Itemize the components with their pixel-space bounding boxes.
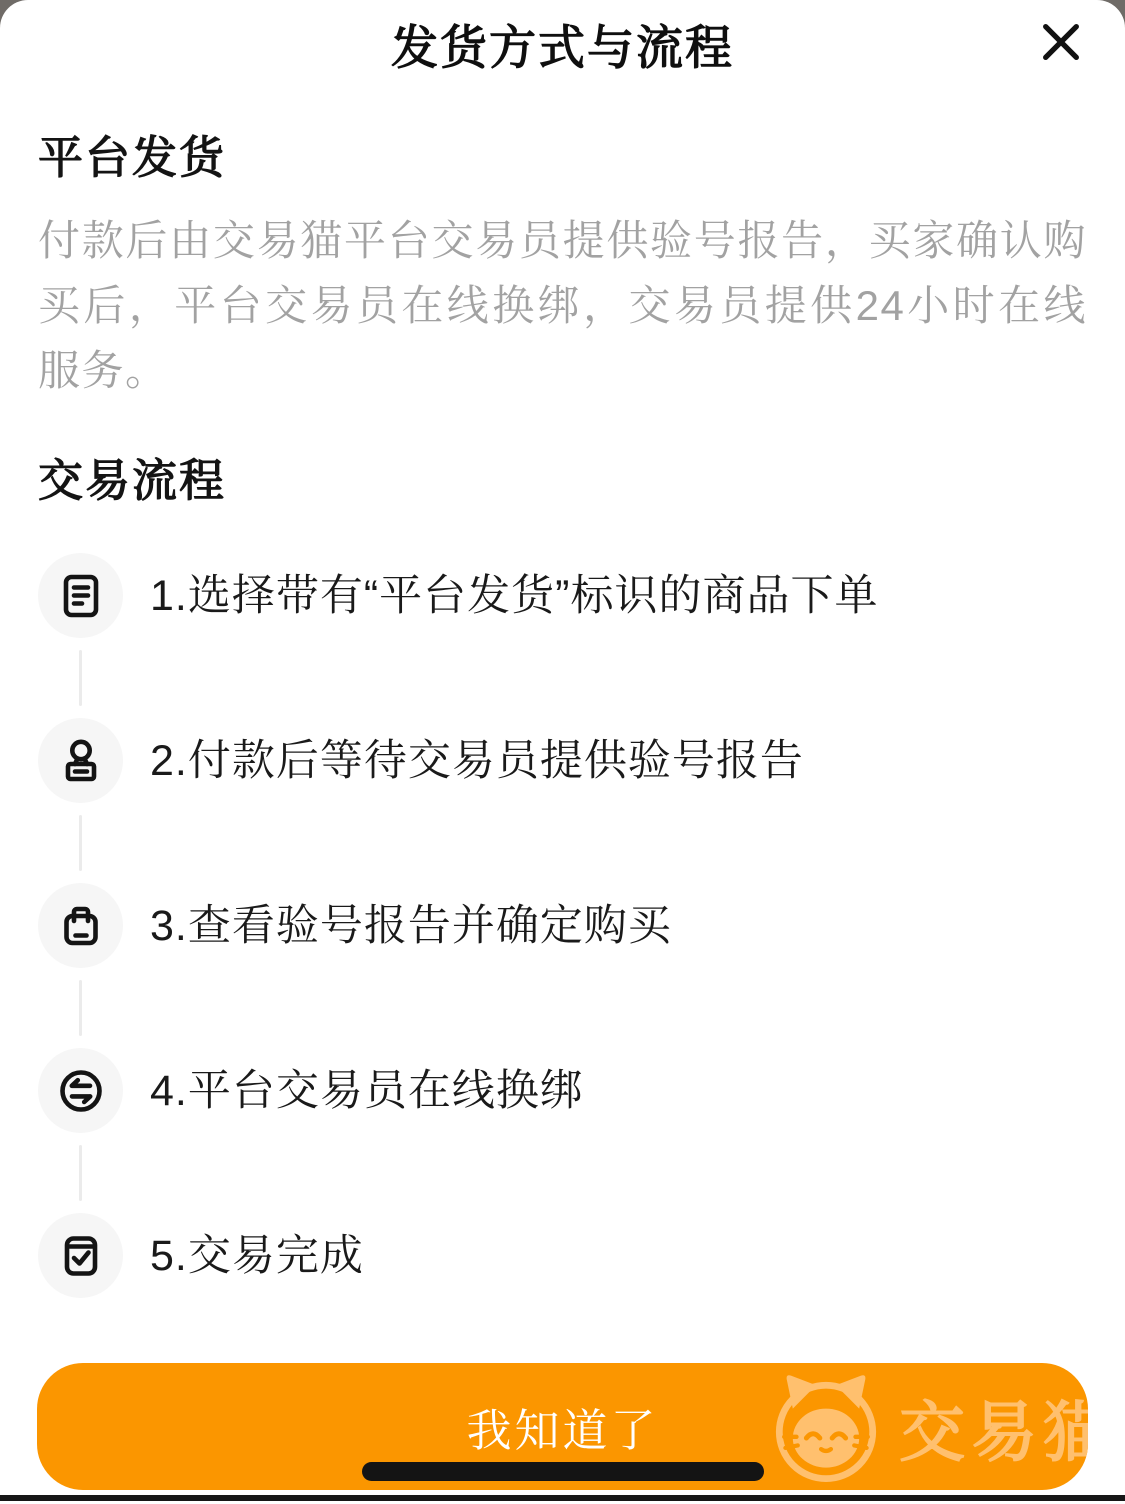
step-row: 4.平台交易员在线换绑	[38, 1048, 1087, 1133]
step-row: 5.交易完成	[38, 1213, 1087, 1298]
step-connector-line	[79, 980, 82, 1036]
step-label: 1.选择带有“平台发货”标识的商品下单	[150, 568, 879, 624]
check-icon	[57, 1232, 105, 1280]
document-icon	[57, 572, 105, 620]
step-connector-line	[79, 650, 82, 706]
shipping-method-modal: 发货方式与流程 平台发货 付款后由交易猫平台交易员提供验号报告，买家确认购买后，…	[0, 0, 1125, 1504]
step-label: 5.交易完成	[150, 1228, 364, 1284]
home-indicator-handle[interactable]	[362, 1462, 764, 1481]
stamp-icon	[57, 737, 105, 785]
step-row: 3.查看验号报告并确定购买	[38, 883, 1087, 968]
step-icon-bubble	[38, 553, 123, 638]
step-icon-bubble	[38, 1048, 123, 1133]
section-heading-platform-shipping: 平台发货	[38, 130, 1087, 186]
step-icon-bubble	[38, 883, 123, 968]
step-icon-bubble	[38, 1213, 123, 1298]
close-button[interactable]	[1031, 12, 1091, 72]
step-row: 2.付款后等待交易员提供验号报告	[38, 718, 1087, 803]
modal-title: 发货方式与流程	[0, 16, 1125, 80]
brand-watermark-text: 交易猫	[899, 1379, 1088, 1474]
steps-list: 1.选择带有“平台发货”标识的商品下单2.付款后等待交易员提供验号报告3.查看验…	[38, 553, 1087, 1298]
step-row: 1.选择带有“平台发货”标识的商品下单	[38, 553, 1087, 638]
bag-icon	[57, 902, 105, 950]
step-label: 3.查看验号报告并确定购买	[150, 898, 672, 954]
brand-watermark: 交易猫	[767, 1363, 1088, 1490]
swap-icon	[57, 1067, 105, 1115]
cat-logo-icon	[767, 1368, 885, 1486]
confirm-button-label: 我知道了	[466, 1394, 658, 1459]
section-heading-transaction-process: 交易流程	[38, 453, 1087, 509]
step-icon-bubble	[38, 718, 123, 803]
platform-shipping-description: 付款后由交易猫平台交易员提供验号报告，买家确认购买后，平台交易员在线换绑，交易员…	[38, 208, 1087, 403]
step-connector-line	[79, 1145, 82, 1201]
modal-header: 发货方式与流程	[0, 0, 1125, 96]
step-label: 4.平台交易员在线换绑	[150, 1063, 584, 1119]
bottom-edge-strip	[0, 1495, 1125, 1501]
close-icon	[1038, 19, 1084, 65]
step-label: 2.付款后等待交易员提供验号报告	[150, 733, 804, 789]
step-connector-line	[79, 815, 82, 871]
modal-content: 平台发货 付款后由交易猫平台交易员提供验号报告，买家确认购买后，平台交易员在线换…	[0, 130, 1125, 1298]
